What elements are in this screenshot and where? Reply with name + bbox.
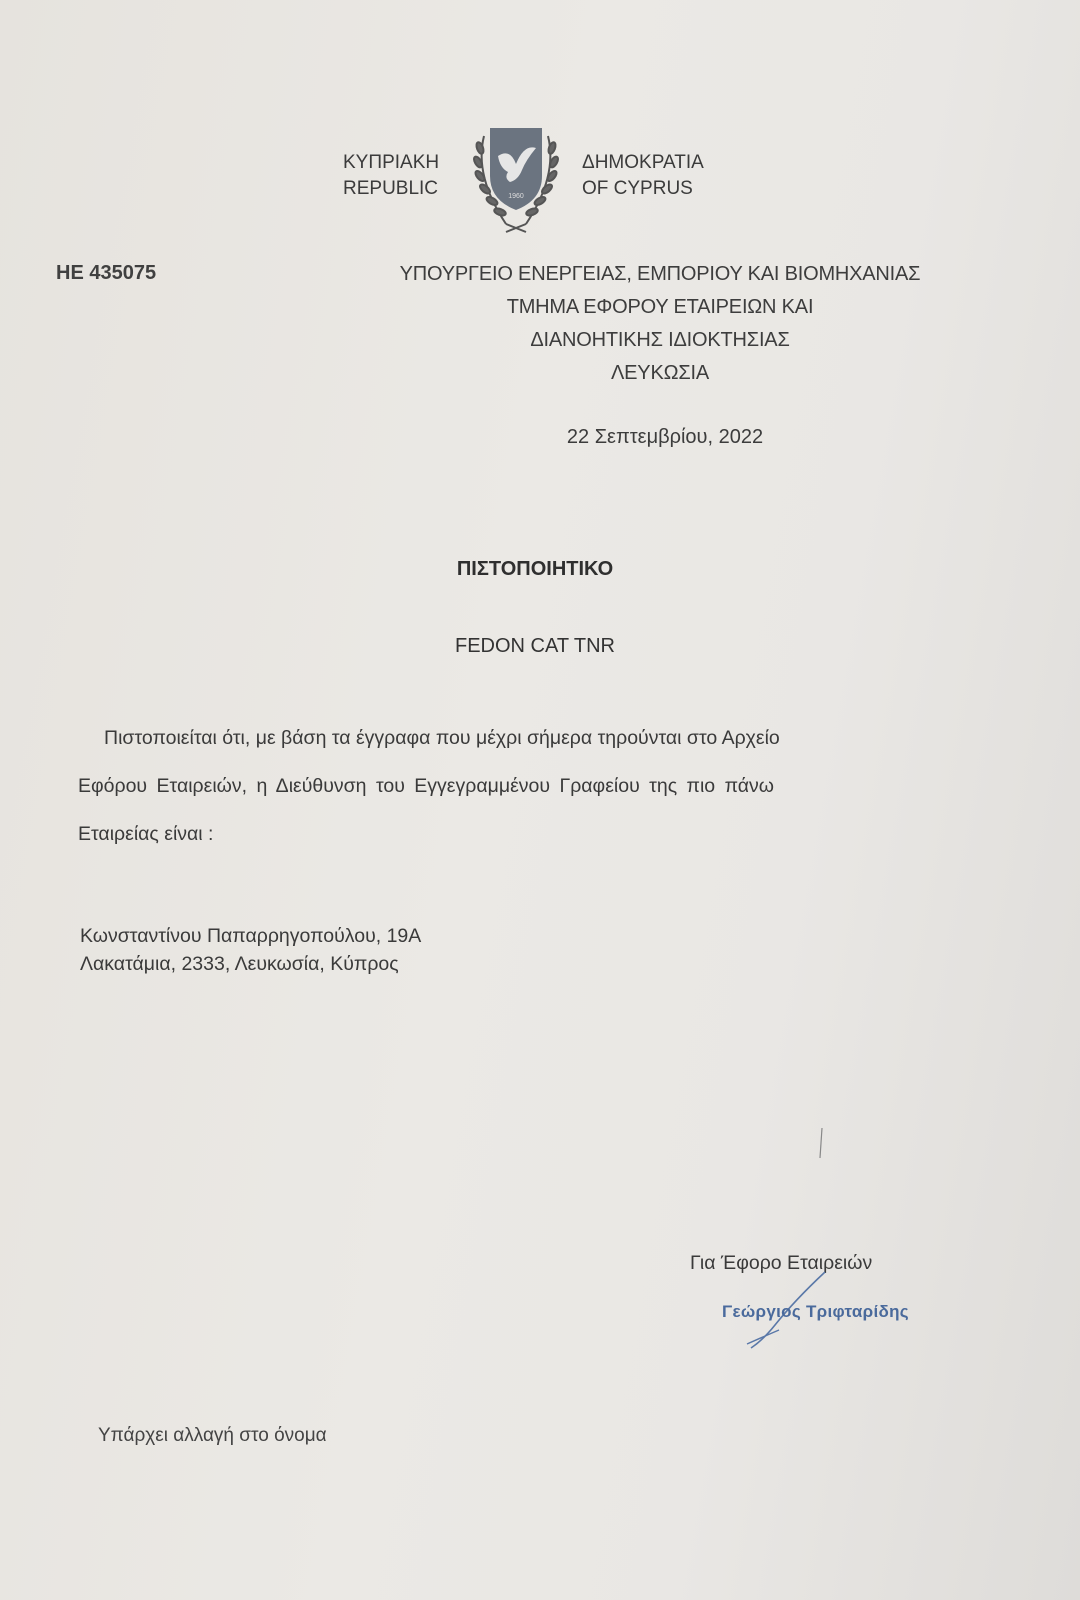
header-greek-dimokratia: ΔΗΜΟΚΡΑΤΙΑ [582, 150, 704, 176]
header-right: ΔΗΜΟΚΡΑΤΙΑ OF CYPRUS [582, 150, 704, 202]
signatory-name-stamp: Γεώργιος Τριφταρίδης [722, 1302, 909, 1322]
ministry-line-3: ΔΙΑΝΟΗΤΙΚΗΣ ΙΔΙΟΚΤΗΣΙΑΣ [300, 324, 1020, 357]
registered-address: Κωνσταντίνου Παπαρρηγοπούλου, 19Α Λακατά… [80, 922, 421, 978]
header-left: ΚΥΠΡΙΑΚΗ REPUBLIC [343, 150, 439, 202]
reference-number: HE 435075 [56, 262, 156, 285]
header-english-republic: REPUBLIC [343, 176, 439, 202]
ministry-line-1: ΥΠΟΥΡΓΕΙΟ ΕΝΕΡΓΕΙΑΣ, ΕΜΠΟΡΙΟΥ ΚΑΙ ΒΙΟΜΗΧ… [300, 258, 1020, 291]
ministry-line-4: ΛΕΥΚΩΣΙΑ [300, 357, 1020, 390]
paragraph-line-1: Πιστοποιείται ότι, με βάση τα έγγραφα πο… [78, 714, 958, 762]
address-line-1: Κωνσταντίνου Παπαρρηγοπούλου, 19Α [80, 922, 421, 950]
svg-text:1960: 1960 [508, 193, 524, 200]
certification-paragraph: Πιστοποιείται ότι, με βάση τα έγγραφα πο… [78, 714, 958, 858]
header-greek-kypriaki: ΚΥΠΡΙΑΚΗ [343, 150, 439, 176]
cyprus-coat-of-arms-icon: 1960 [466, 126, 566, 234]
address-line-2: Λακατάμια, 2333, Λευκωσία, Κύπρος [80, 950, 421, 978]
paragraph-line-3: Εταιρείας είναι : [78, 810, 958, 858]
document-title: ΠΙΣΤΟΠΟΙΗΤΙΚΟ [0, 558, 1070, 581]
ministry-block: ΥΠΟΥΡΓΕΙΟ ΕΝΕΡΓΕΙΑΣ, ΕΜΠΟΡΙΟΥ ΚΑΙ ΒΙΟΜΗΧ… [300, 258, 1020, 390]
name-change-note: Υπάρχει αλλαγή στο όνομα [98, 1425, 327, 1447]
header-english-of-cyprus: OF CYPRUS [582, 176, 704, 202]
paper-mark [818, 1128, 824, 1158]
certificate-page: ΚΥΠΡΙΑΚΗ REPUBLIC 1960 ΔΗΜΟΚΡΑΤΙΑ [0, 0, 1080, 1600]
company-name: FEDON CAT TNR [0, 635, 1070, 658]
ministry-line-2: ΤΜΗΜΑ ΕΦΟΡΟΥ ΕΤΑΙΡΕΙΩΝ ΚΑΙ [300, 291, 1020, 324]
document-date: 22 Σεπτεμβρίου, 2022 [0, 426, 1080, 449]
paragraph-line-2: Εφόρου Εταιρειών, η Διεύθυνση του Εγγεγρ… [78, 762, 958, 810]
